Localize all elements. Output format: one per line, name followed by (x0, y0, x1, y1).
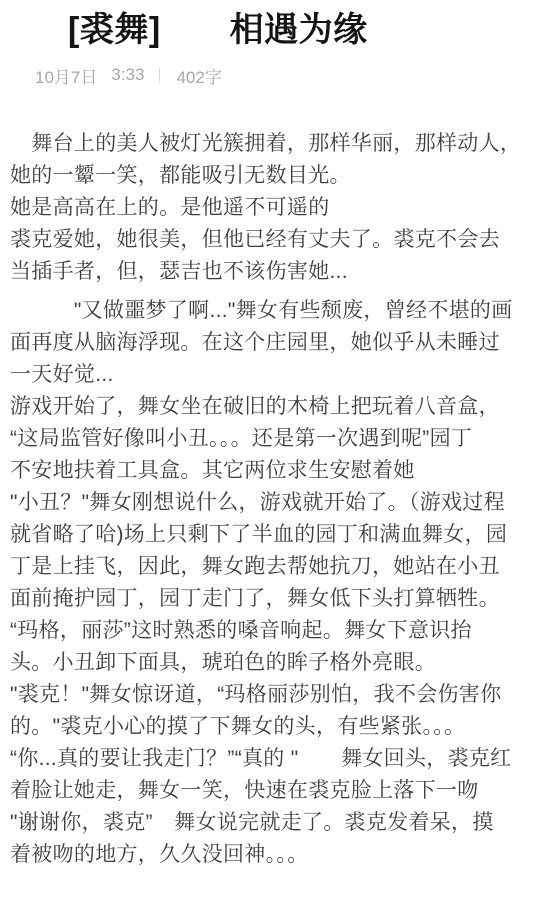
note-page: [裘舞] 相遇为缘 10月7日 3:33 402字 舞台上的美人被灯光簇拥着，那… (0, 0, 540, 904)
text-line: 面再度从脑海浮现。在这个庄园里，她似乎从未睡过 (10, 327, 530, 359)
text-line: 当插手者，但，瑟吉也不该伤害她... (10, 256, 530, 288)
note-date: 10月7日 (35, 63, 97, 88)
text-line: “这局监管好像叫小丑。。。还是第一次遇到呢”园丁 (10, 423, 530, 455)
text-line: 头。小丑卸下面具，琥珀色的眸子格外亮眼。 (10, 647, 530, 679)
paragraph: 舞台上的美人被灯光簇拥着，那样华丽，那样动人，她的一颦一笑，都能吸引无数目光。她… (10, 128, 530, 288)
note-word-count: 402字 (176, 63, 221, 88)
text-line: “玛格，丽莎”这时熟悉的嗓音响起。舞女下意识抬 (10, 615, 530, 647)
text-line: 丁是上挂飞，因此，舞女跑去帮她抗刀，她站在小丑 (10, 551, 530, 583)
text-line: "小丑？"舞女刚想说什么，游戏就开始了。（游戏过程 (10, 487, 530, 519)
text-line: 她是高高在上的。是他遥不可遥的 (10, 192, 530, 224)
text-line: 裘克爱她，她很美，但他已经有丈夫了。裘克不会去 (10, 224, 530, 256)
paragraph: "又做噩梦了啊..."舞女有些颓废，曾经不堪的画面再度从脑海浮现。在这个庄园里，… (10, 295, 530, 871)
text-line: 游戏开始了，舞女坐在破旧的木椅上把玩着八音盒， (10, 391, 530, 423)
note-meta: 10月7日 3:33 402字 (10, 62, 530, 88)
text-line: 就省略了哈)场上只剩下了半血的园丁和满血舞女，园 (10, 519, 530, 551)
note-body[interactable]: 舞台上的美人被灯光簇拥着，那样华丽，那样动人，她的一颦一笑，都能吸引无数目光。她… (10, 128, 530, 871)
note-time: 3:33 (111, 65, 144, 85)
text-line: 的。"裘克小心的摸了下舞女的头，有些紧张。。。 (10, 711, 530, 743)
text-line: "谢谢你，裘克” 舞女说完就走了。裘克发着呆，摸 (10, 807, 530, 839)
text-line: 面前掩护园丁，园丁走门了，舞女低下头打算牺牲。 (10, 583, 530, 615)
text-line: 一天好觉... (10, 359, 530, 391)
text-line: 着被吻的地方，久久没回神。。。 (10, 839, 530, 871)
text-line: "又做噩梦了啊..."舞女有些颓废，曾经不堪的画 (10, 295, 530, 327)
text-line: 不安地扶着工具盒。其它两位求生安慰着她 (10, 455, 530, 487)
meta-divider (159, 68, 160, 83)
note-title[interactable]: [裘舞] 相遇为缘 (10, 6, 530, 54)
text-line: "裘克！"舞女惊讶道，“玛格丽莎别怕，我不会伤害你 (10, 679, 530, 711)
text-line: “你...真的要让我走门？”“真的 " 舞女回头，裘克红 (10, 743, 530, 775)
text-line: 舞台上的美人被灯光簇拥着，那样华丽，那样动人， (10, 128, 530, 160)
text-line: 着脸让她走，舞女一笑，快速在裘克脸上落下一吻 (10, 775, 530, 807)
text-line: 她的一颦一笑，都能吸引无数目光。 (10, 160, 530, 192)
